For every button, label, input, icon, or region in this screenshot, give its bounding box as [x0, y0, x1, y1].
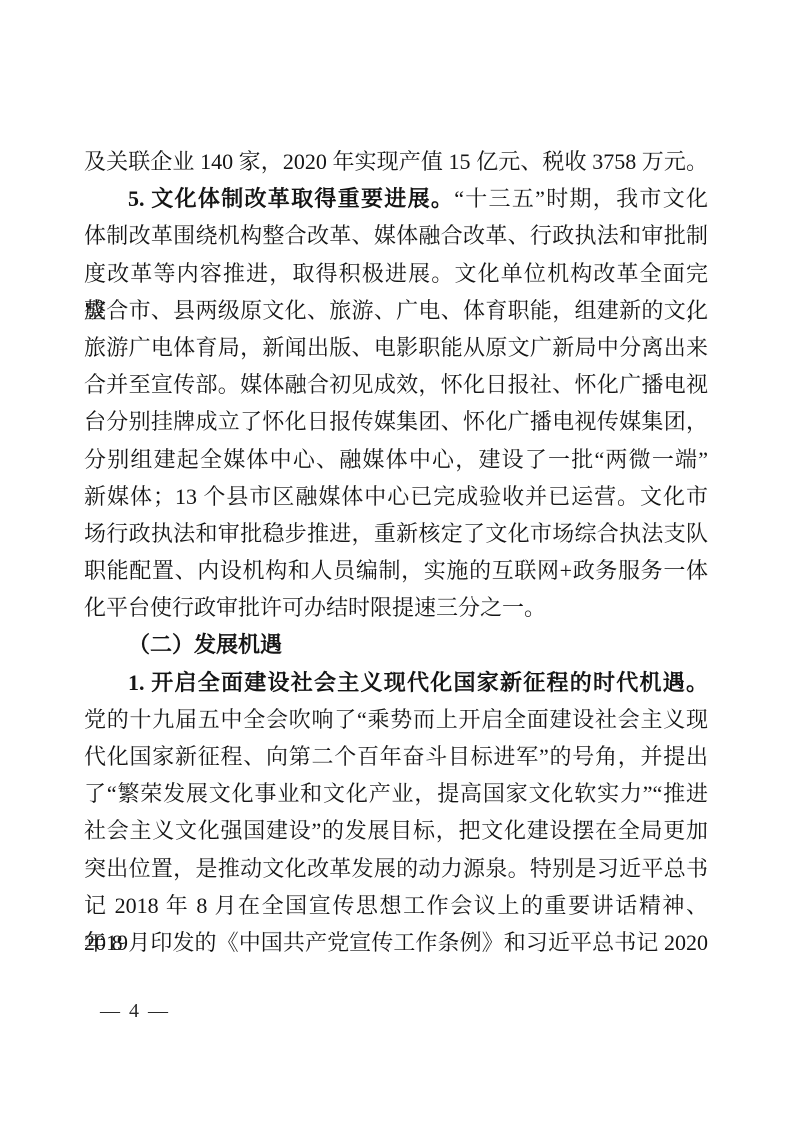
text-run: 社会主义文化强国建设”的发展目标，把文化建设摆在全局更加 — [84, 818, 708, 843]
text-run: 整合市、县两级原文化、旅游、广电、体育职能，组建新的文化 — [84, 298, 708, 323]
text-run: “十三五”时期，我市文化 — [454, 186, 708, 211]
document-page: 及关联企业 140 家，2020 年实现产值 15 亿元、税收 3758 万元。… — [0, 0, 793, 1122]
text-line: 记 2018 年 8 月在全国宣传思想工作会议上的重要讲话精神、2019 — [84, 887, 708, 924]
text-run: 旅游广电体育局，新闻出版、电影职能从原文广新局中分离出来 — [84, 335, 708, 360]
text-run: 体制改革围绕机构整合改革、媒体融合改革、行政执法和审批制 — [84, 223, 708, 248]
text-line: 年 8 月印发的《中国共产党宣传工作条例》和习近平总书记 2020 — [84, 924, 708, 961]
numbered-heading-text: 1. 开启全面建设社会主义现代化国家新征程的时代机遇。 — [128, 670, 708, 695]
text-run: 合并至宣传部。媒体融合初见成效，怀化日报社、怀化广播电视 — [84, 372, 708, 397]
numbered-item-lead: 5. 文化体制改革取得重要进展。 — [128, 186, 454, 211]
text-line: 突出位置，是推动文化改革发展的动力源泉。特别是习近平总书 — [84, 850, 708, 887]
text-run: 化平台使行政审批许可办结时限提速三分之一。 — [84, 595, 546, 620]
text-run: 新媒体；13 个县市区融媒体中心已完成验收并已运营。文化市 — [84, 484, 708, 509]
text-line: 旅游广电体育局，新闻出版、电影职能从原文广新局中分离出来 — [84, 329, 708, 366]
page-number: — 4 — — [100, 1000, 170, 1023]
text-run: 分别组建起全媒体中心、融媒体中心，建设了一批“两微一端” — [84, 447, 708, 472]
text-run: 突出位置，是推动文化改革发展的动力源泉。特别是习近平总书 — [84, 856, 708, 881]
text-line: 整合市、县两级原文化、旅游、广电、体育职能，组建新的文化 — [84, 292, 708, 329]
text-line: 职能配置、内设机构和人员编制，实施的互联网+政务服务一体 — [84, 552, 708, 589]
text-line: 分别组建起全媒体中心、融媒体中心，建设了一批“两微一端” — [84, 441, 708, 478]
numbered-heading: 1. 开启全面建设社会主义现代化国家新征程的时代机遇。 — [84, 664, 708, 701]
text-line: 度改革等内容推进，取得积极进展。文化单位机构改革全面完成， — [84, 255, 708, 292]
text-run: 了“繁荣发展文化事业和文化产业，提高国家文化软实力”“推进 — [84, 781, 708, 806]
text-run: 场行政执法和审批稳步推进，重新核定了文化市场综合执法支队 — [84, 521, 708, 546]
text-run: 党的十九届五中全会吹响了“乘势而上开启全面建设社会主义现 — [84, 707, 708, 732]
text-run: 及关联企业 140 家，2020 年实现产值 15 亿元、税收 3758 万元。 — [84, 149, 708, 174]
text-line: 体制改革围绕机构整合改革、媒体融合改革、行政执法和审批制 — [84, 217, 708, 254]
text-run: 代化国家新征程、向第二个百年奋斗目标进军”的号角，并提出 — [84, 744, 708, 769]
text-run: 职能配置、内设机构和人员编制，实施的互联网+政务服务一体 — [84, 558, 708, 583]
text-run: 台分别挂牌成立了怀化日报传媒集团、怀化广播电视传媒集团， — [84, 409, 708, 434]
text-run: 年 8 月印发的《中国共产党宣传工作条例》和习近平总书记 2020 — [84, 930, 708, 955]
text-line: 合并至宣传部。媒体融合初见成效，怀化日报社、怀化广播电视 — [84, 366, 708, 403]
text-line: 代化国家新征程、向第二个百年奋斗目标进军”的号角，并提出 — [84, 738, 708, 775]
text-line: 场行政执法和审批稳步推进，重新核定了文化市场综合执法支队 — [84, 515, 708, 552]
text-line: 党的十九届五中全会吹响了“乘势而上开启全面建设社会主义现 — [84, 701, 708, 738]
text-line: 5. 文化体制改革取得重要进展。“十三五”时期，我市文化 — [84, 180, 708, 217]
text-line: 化平台使行政审批许可办结时限提速三分之一。 — [84, 589, 708, 626]
section-heading-text: （二）发展机遇 — [128, 632, 282, 657]
text-line: 及关联企业 140 家，2020 年实现产值 15 亿元、税收 3758 万元。 — [84, 143, 708, 180]
text-line: 了“繁荣发展文化事业和文化产业，提高国家文化软实力”“推进 — [84, 775, 708, 812]
section-heading: （二）发展机遇 — [84, 626, 708, 663]
text-line: 台分别挂牌成立了怀化日报传媒集团、怀化广播电视传媒集团， — [84, 403, 708, 440]
text-line: 社会主义文化强国建设”的发展目标，把文化建设摆在全局更加 — [84, 812, 708, 849]
text-line: 新媒体；13 个县市区融媒体中心已完成验收并已运营。文化市 — [84, 478, 708, 515]
document-body: 及关联企业 140 家，2020 年实现产值 15 亿元、税收 3758 万元。… — [84, 143, 708, 961]
